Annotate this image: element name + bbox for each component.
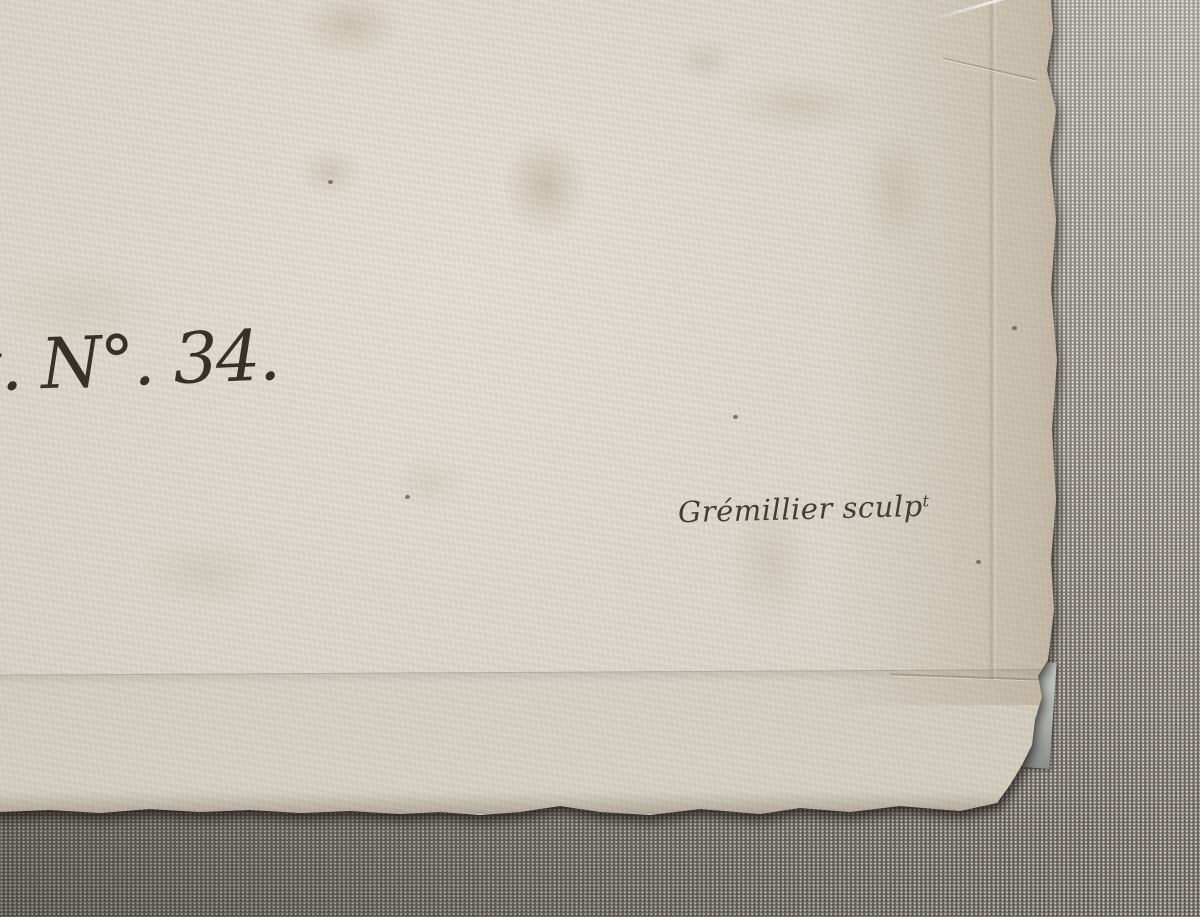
engraver-credit-name: Grémillier sculp xyxy=(678,489,923,529)
ink-speck xyxy=(733,415,738,419)
photo-scene: t. N°. 34. Grémillier sculpt xyxy=(0,0,1200,917)
paper-sheet: t. N°. 34. Grémillier sculpt xyxy=(0,0,1080,860)
paper-bottom-deckle-band xyxy=(0,669,1060,863)
ink-speck xyxy=(976,560,981,564)
ink-speck xyxy=(405,495,410,499)
paper-right-fold-band xyxy=(830,0,1080,705)
ink-speck xyxy=(328,180,333,184)
ink-speck xyxy=(1012,326,1017,330)
paper-bottom-edge-shade xyxy=(0,792,1060,814)
engraver-credit-superscript: t xyxy=(922,491,929,510)
paper-vertical-fold-line xyxy=(988,0,996,680)
engraver-credit-text: Grémillier sculpt xyxy=(678,489,930,530)
plate-number-text: t. N°. 34. xyxy=(0,314,280,408)
paper-shadow-wrap: t. N°. 34. Grémillier sculpt xyxy=(0,0,1080,860)
